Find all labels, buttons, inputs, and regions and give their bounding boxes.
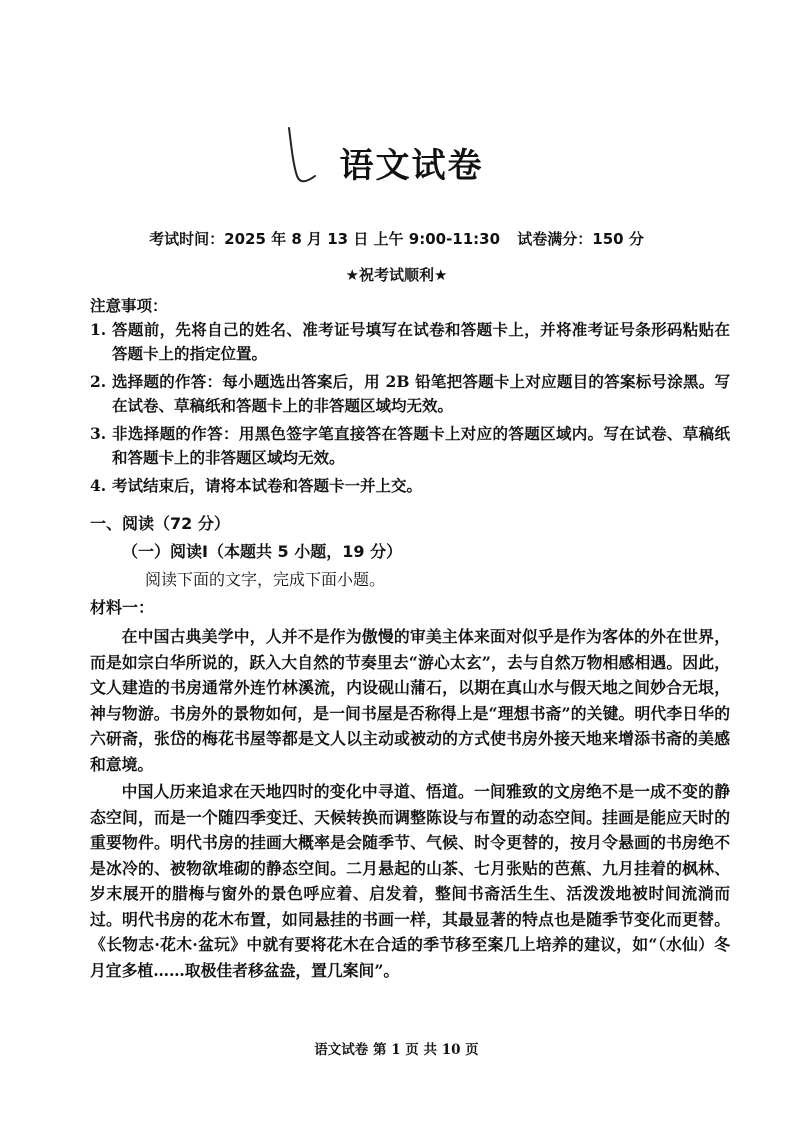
material-label: 材料一：	[90, 596, 730, 620]
exam-page: 语文试卷 考试时间：2025 年 8 月 13 日 上午 9:00-11:30 …	[0, 0, 793, 1122]
notice-list: 1. 答题前，先将自己的姓名、准考证号填写在试卷和答题卡上，并将准考证号条形码粘…	[90, 318, 730, 502]
subsection-heading: （一）阅读I（本题共 5 小题，19 分）	[122, 540, 762, 564]
page-title: 语文试卷	[0, 138, 793, 187]
exam-meta: 考试时间：2025 年 8 月 13 日 上午 9:00-11:30 试卷满分：…	[0, 228, 793, 249]
notice-number: 2.	[90, 370, 112, 418]
notice-number: 1.	[90, 318, 112, 366]
notice-number: 4.	[90, 474, 112, 498]
passage-paragraph: 在中国古典美学中，人并不是作为傲慢的审美主体来面对似乎是作为客体的外在世界，而是…	[90, 624, 730, 777]
notice-item: 3. 非选择题的作答：用黑色签字笔直接答在答题卡上对应的答题区域内。写在试卷、草…	[90, 422, 730, 470]
notice-number: 3.	[90, 422, 112, 470]
notice-item: 2. 选择题的作答：每小题选出答案后，用 2B 铅笔把答题卡上对应题目的答案标号…	[90, 370, 730, 418]
notice-item: 1. 答题前，先将自己的姓名、准考证号填写在试卷和答题卡上，并将准考证号条形码粘…	[90, 318, 730, 366]
notice-text: 考试结束后，请将本试卷和答题卡一并上交。	[112, 474, 730, 498]
good-luck-banner: ★祝考试顺利★	[0, 264, 793, 285]
exam-time: 考试时间：2025 年 8 月 13 日 上午 9:00-11:30	[149, 230, 500, 248]
reading-instruction: 阅读下面的文字，完成下面小题。	[145, 568, 785, 592]
passage-paragraph: 中国人历来追求在天地四时的变化中寻道、悟道。一间雅致的文房绝不是一成不变的静态空…	[90, 779, 730, 983]
section-heading: 一、阅读（72 分）	[90, 512, 730, 536]
notice-text: 非选择题的作答：用黑色签字笔直接答在答题卡上对应的答题区域内。写在试卷、草稿纸和…	[112, 422, 730, 470]
notice-heading: 注意事项：	[90, 294, 730, 318]
notice-text: 答题前，先将自己的姓名、准考证号填写在试卷和答题卡上，并将准考证号条形码粘贴在答…	[112, 318, 730, 366]
page-footer: 语文试卷 第 1 页 共 10 页	[0, 1038, 793, 1058]
notice-text: 选择题的作答：每小题选出答案后，用 2B 铅笔把答题卡上对应题目的答案标号涂黑。…	[112, 370, 730, 418]
notice-item: 4. 考试结束后，请将本试卷和答题卡一并上交。	[90, 474, 730, 498]
full-score: 试卷满分：150 分	[517, 230, 644, 248]
reading-passage: 在中国古典美学中，人并不是作为傲慢的审美主体来面对似乎是作为客体的外在世界，而是…	[90, 624, 730, 985]
